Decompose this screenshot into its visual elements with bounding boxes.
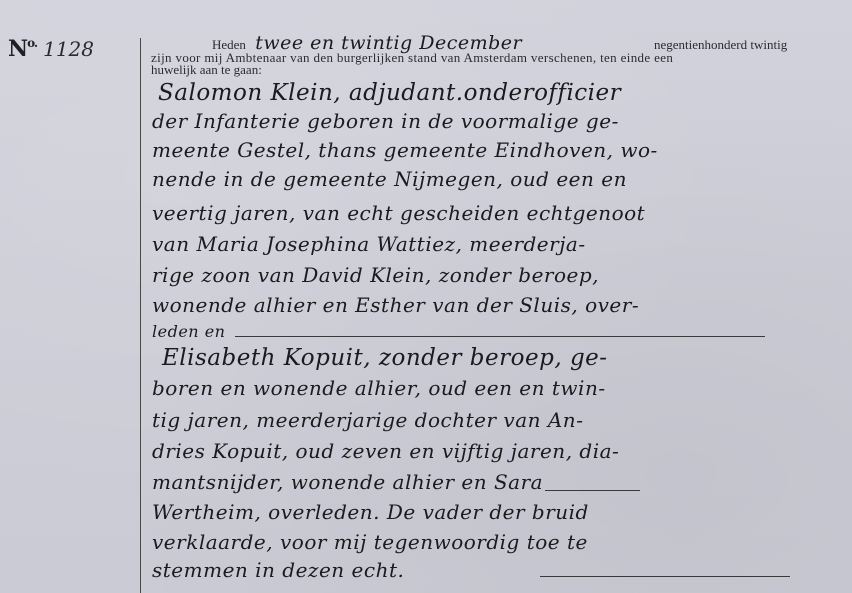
body-line-10-bride-name: Elisabeth Kopuit, zonder beroep, ge-: [162, 345, 608, 371]
separator-rule: [235, 336, 765, 337]
record-number: No.1128: [8, 36, 94, 62]
margin-rule: [140, 38, 141, 593]
body-line-11: boren en wonende alhier, oud een en twin…: [152, 376, 606, 400]
scanned-marriage-record: No.1128 Heden twee en twintig December n…: [0, 0, 852, 593]
body-line-2: der Infanterie geboren in de voormalige …: [152, 109, 619, 133]
body-line-6: van Maria Josephina Wattiez, meerderja-: [152, 232, 586, 256]
body-line-15: Wertheim, overleden. De vader der bruid: [152, 500, 589, 524]
body-line-17: stemmen in dezen echt.: [152, 558, 404, 582]
body-line-1-groom-name: Salomon Klein, adjudant.onderofficier: [158, 80, 621, 106]
printed-year: negentienhonderd twintig: [654, 38, 787, 51]
body-line-14: mantsnijder, wonende alhier en Sara: [152, 470, 543, 494]
end-rule: [540, 576, 790, 577]
body-line-5: veertig jaren, van echt gescheiden echtg…: [152, 201, 645, 225]
record-number-value: 1128: [43, 37, 94, 61]
body-line-9: leden en: [152, 322, 225, 341]
body-line-16: verklaarde, voor mij tegenwoordig toe te: [152, 530, 588, 554]
record-number-label: No.: [8, 36, 37, 62]
body-line-4: nende in de gemeente Nijmegen, oud een e…: [152, 167, 627, 191]
header-line-1: Heden twee en twintig December: [212, 37, 522, 51]
body-line-12: tig jaren, meerderjarige dochter van An-: [152, 408, 583, 432]
fill-rule: [545, 490, 640, 491]
body-line-13: dries Kopuit, oud zeven en vijftig jaren…: [152, 439, 619, 463]
header-line-3: huwelijk aan te gaan:: [151, 63, 262, 76]
body-line-7: rige zoon van David Klein, zonder beroep…: [152, 263, 599, 287]
body-line-3: meente Gestel, thans gemeente Eindhoven,…: [152, 138, 658, 162]
body-line-8: wonende alhier en Esther van der Sluis, …: [152, 293, 639, 317]
